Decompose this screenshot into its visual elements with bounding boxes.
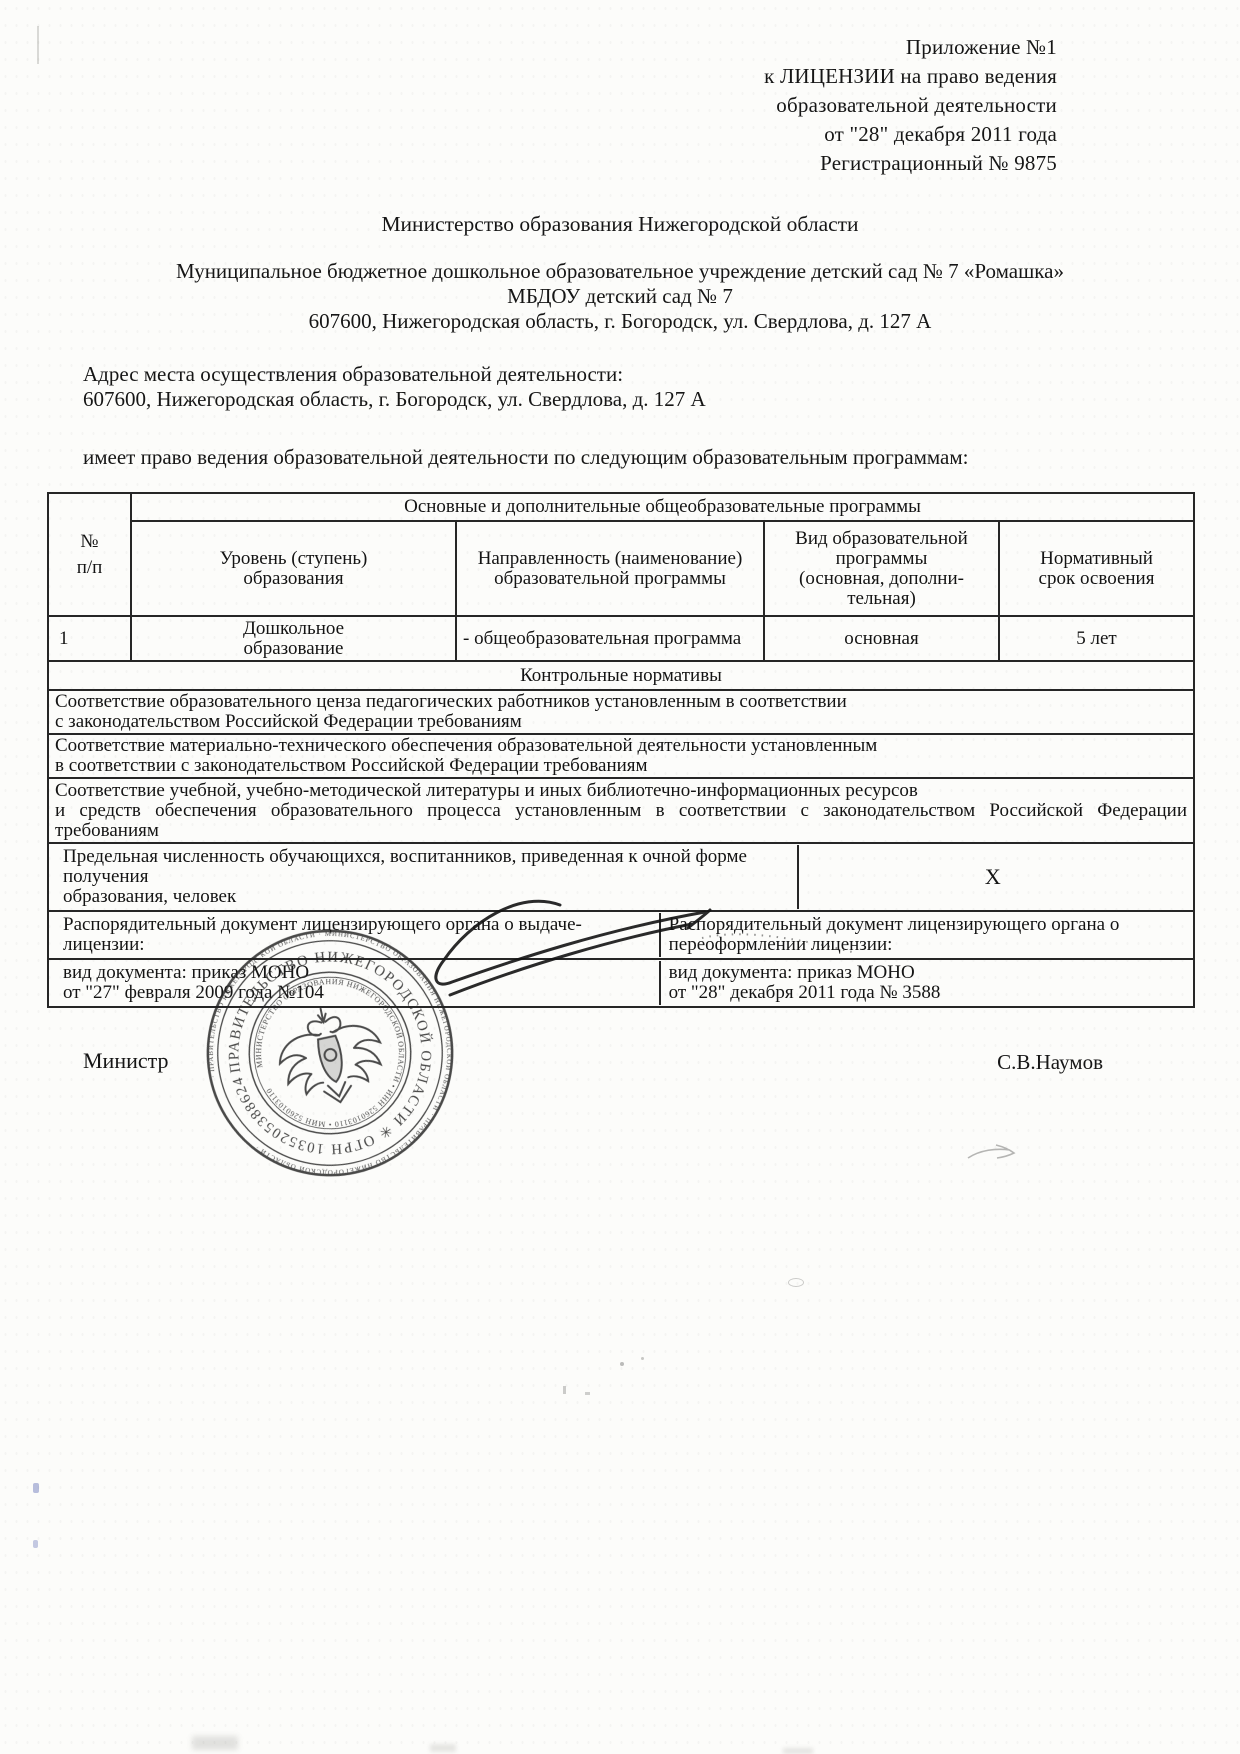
scan-smudge-artifact (192, 1736, 238, 1750)
table-row: Соответствие образовательного ценза педа… (48, 690, 1194, 734)
table-row: Соответствие материально-технического об… (48, 734, 1194, 778)
column-header-direction: Направленность (наименование) образовате… (456, 521, 764, 616)
column-header-level: Уровень (ступень) образования (131, 521, 456, 616)
control-row-staff: Соответствие образовательного ценза педа… (48, 690, 1194, 734)
group-header: Основные и дополнительные общеобразовате… (131, 493, 1194, 521)
scan-speck-artifact (563, 1386, 566, 1394)
cell-program-direction: - общеобразовательная программа (456, 616, 764, 661)
organization-address: 607600, Нижегородская область, г. Богоро… (0, 309, 1240, 334)
table-row: № п/п Основные и дополнительные общеобра… (48, 493, 1194, 521)
activity-address-label: Адрес места осуществления образовательно… (83, 362, 706, 387)
activity-address-block: Адрес места осуществления образовательно… (83, 362, 706, 412)
ministry-title: Министерство образования Нижегородской о… (0, 212, 1240, 237)
scan-speck-artifact (641, 1357, 644, 1360)
organization-block: Муниципальное бюджетное дошкольное образ… (0, 259, 1240, 334)
table-row: Уровень (ступень) образования Направленн… (48, 521, 1194, 616)
cell-education-level: Дошкольное образование (131, 616, 456, 661)
minister-name: С.В.Наумов (997, 1050, 1103, 1075)
cell-row-number: 1 (48, 616, 131, 661)
blue-ink-mark-artifact (33, 1483, 39, 1493)
column-header-type: Вид образовательной программы (основная,… (764, 521, 999, 616)
control-row-material: Соответствие материально-технического об… (48, 734, 1194, 778)
organization-short-name: МБДОУ детский сад № 7 (0, 284, 1240, 309)
scan-mark-artifact (788, 1278, 804, 1287)
scan-smudge-artifact (783, 1748, 813, 1754)
control-row-literature: Соответствие учебной, учебно-методическо… (48, 778, 1194, 843)
minister-label: Министр (83, 1048, 169, 1074)
license-reference-line: к ЛИЦЕНЗИИ на право ведения (764, 62, 1057, 91)
table-row: Контрольные нормативы (48, 661, 1194, 690)
table-row: Соответствие учебной, учебно-методическо… (48, 778, 1194, 843)
table-row-program: 1 Дошкольное образование - общеобразоват… (48, 616, 1194, 661)
cell-program-type: основная (764, 616, 999, 661)
blue-ink-mark-artifact (33, 1540, 38, 1548)
pencil-squiggle-artifact (966, 1142, 1018, 1166)
minister-signature (402, 882, 872, 1022)
license-activity-line: образовательной деятельности (764, 91, 1057, 120)
organization-full-name: Муниципальное бюджетное дошкольное образ… (0, 259, 1240, 284)
license-date-line: от "28" декабря 2011 года (764, 120, 1057, 149)
activity-address-value: 607600, Нижегородская область, г. Богоро… (83, 387, 706, 412)
control-standards-header: Контрольные нормативы (48, 661, 1194, 690)
appendix-header-block: Приложение №1 к ЛИЦЕНЗИИ на право ведени… (764, 33, 1057, 178)
appendix-number-line: Приложение №1 (764, 33, 1057, 62)
scan-edge-artifact (37, 26, 39, 64)
scan-speck-artifact (585, 1392, 590, 1395)
scan-speck-artifact (620, 1362, 624, 1366)
column-header-term: Нормативный срок освоения (999, 521, 1194, 616)
intro-sentence: имеет право ведения образовательной деят… (83, 445, 969, 470)
scan-smudge-artifact (430, 1744, 456, 1752)
seal-double-eagle (271, 998, 391, 1113)
scanned-license-appendix-page: Приложение №1 к ЛИЦЕНЗИИ на право ведени… (0, 0, 1240, 1754)
registration-number-line: Регистрационный № 9875 (764, 149, 1057, 178)
column-header-number: № п/п (48, 493, 131, 616)
cell-program-term: 5 лет (999, 616, 1194, 661)
